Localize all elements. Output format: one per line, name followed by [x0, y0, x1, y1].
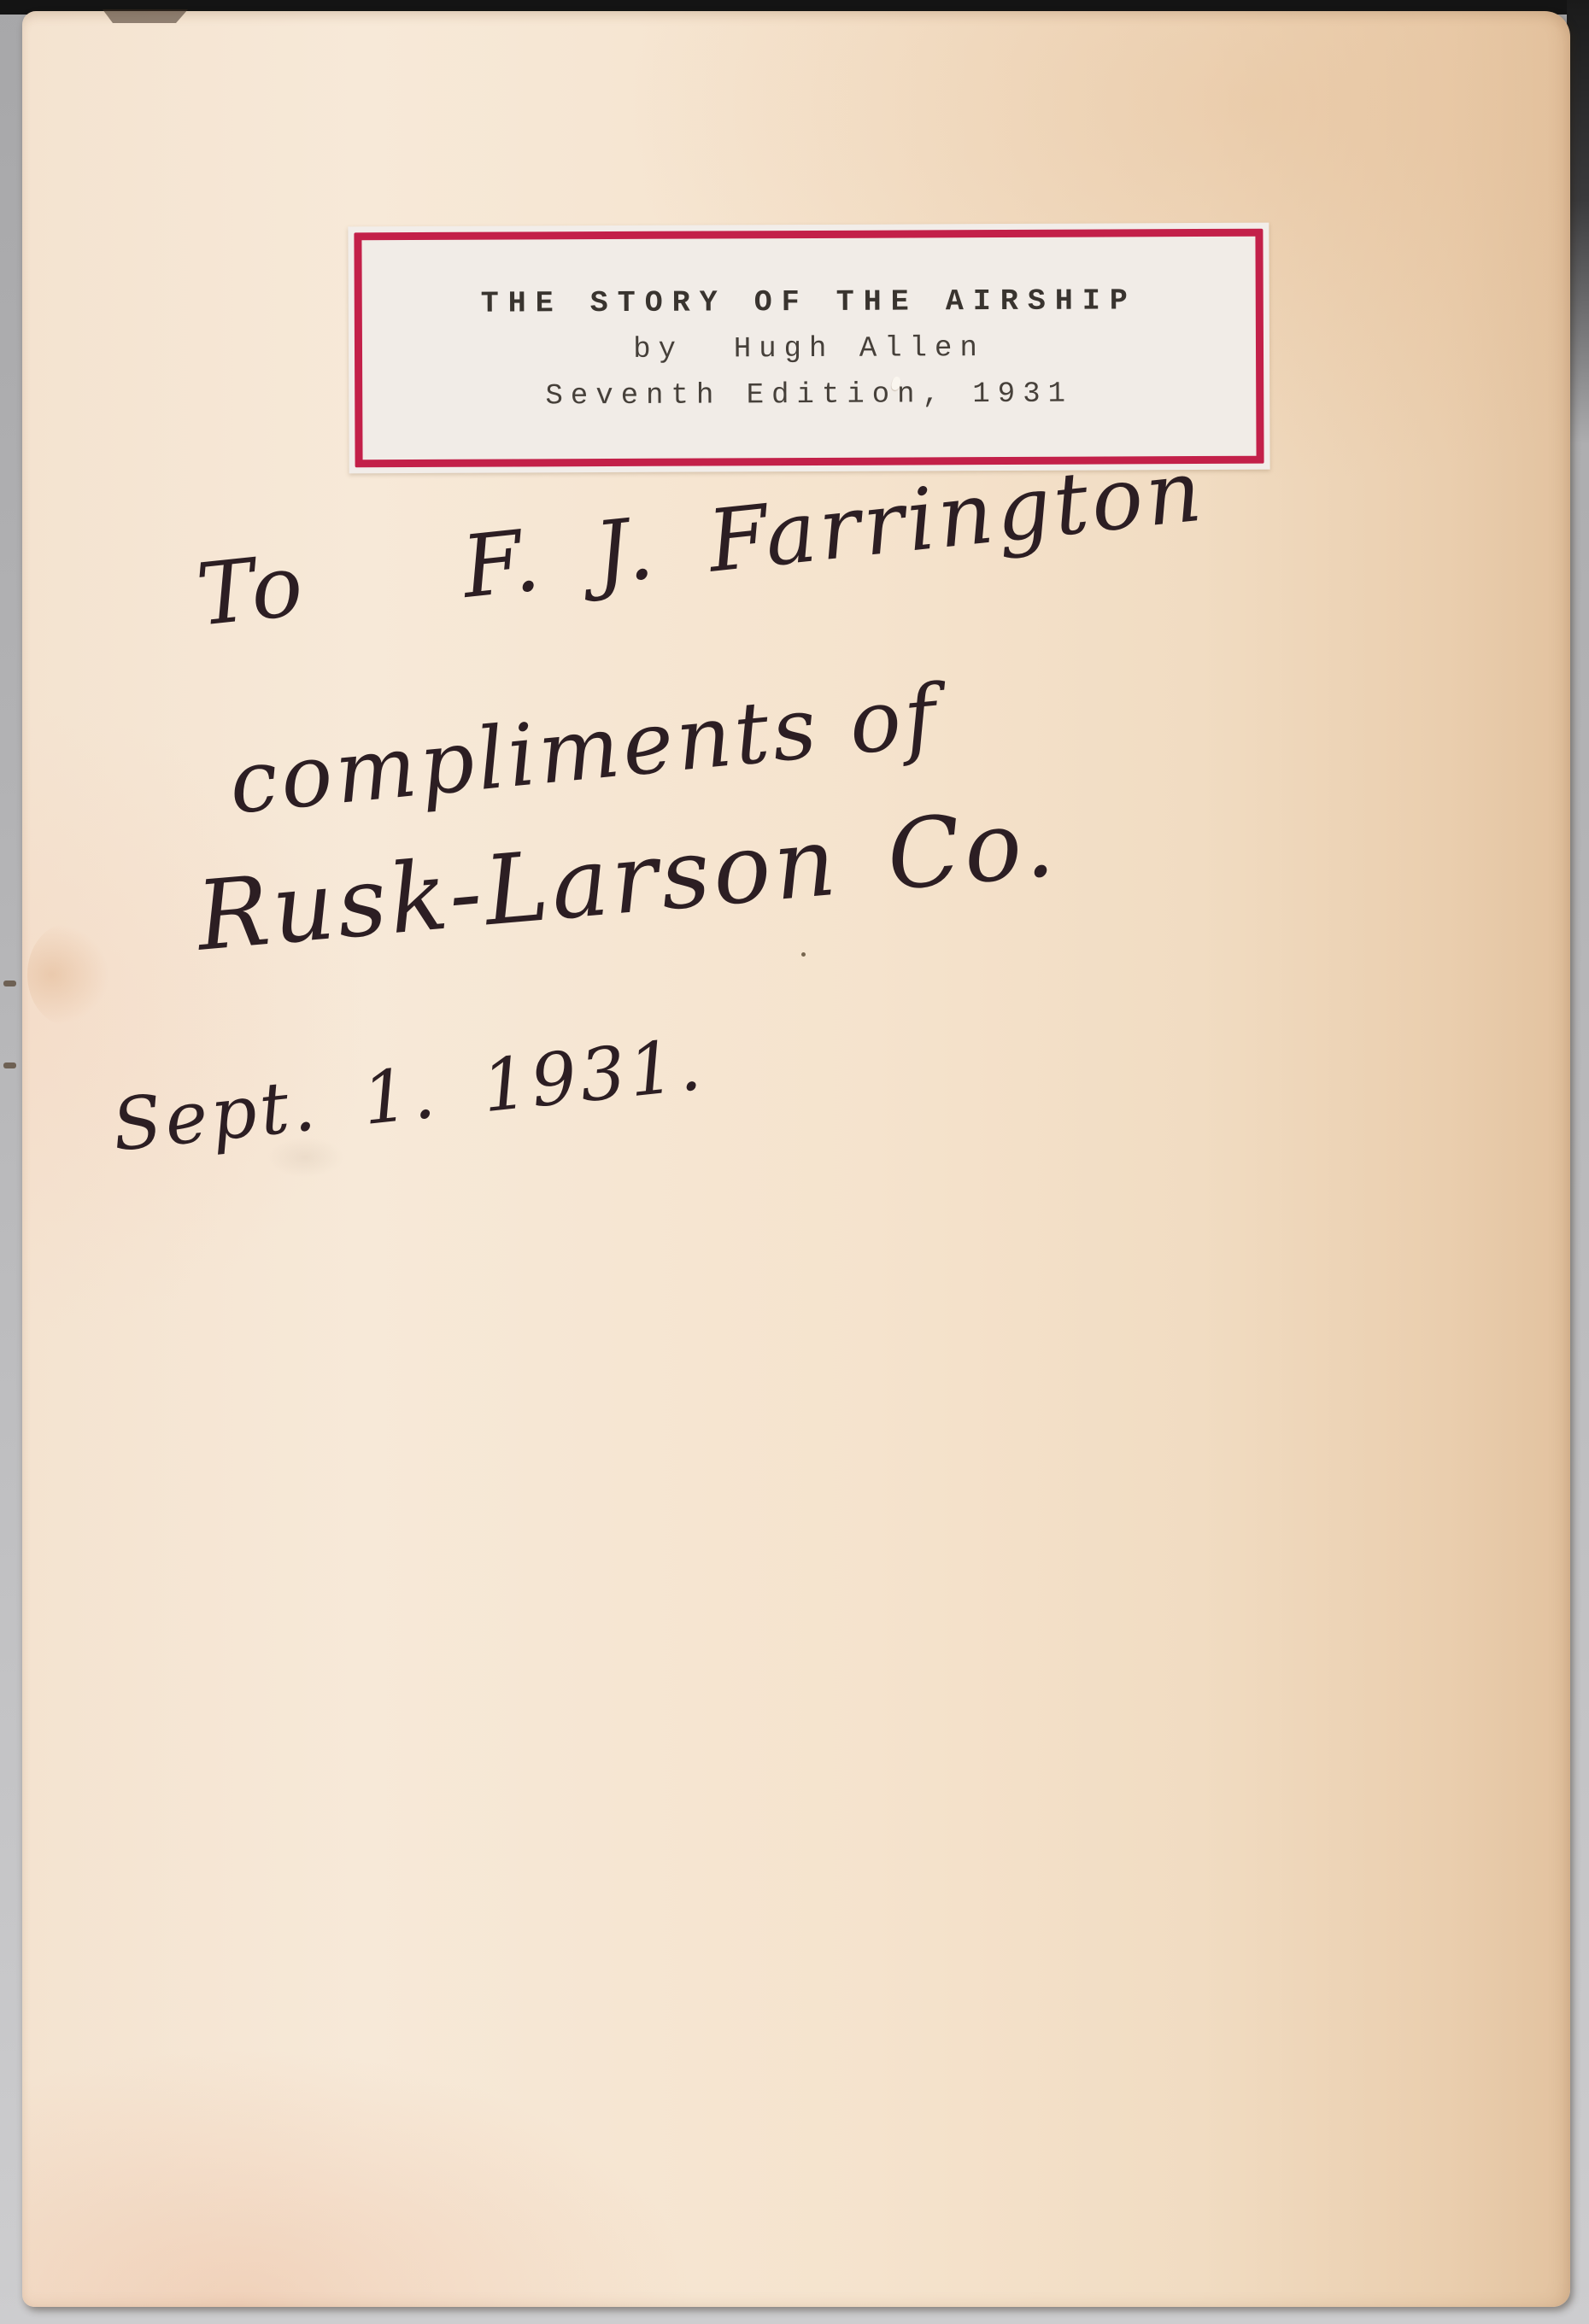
label-byline: by Hugh Allen [633, 332, 985, 366]
label-edition: Seventh Edition, 1931 [545, 378, 1073, 413]
faint-smudge [267, 1137, 343, 1178]
label-red-border: THE STORY OF THE AIRSHIP by Hugh Allen S… [354, 229, 1264, 468]
staple-mark [3, 981, 16, 986]
paper-stain [27, 923, 109, 1026]
ink-speck [801, 952, 806, 957]
label-title: THE STORY OF THE AIRSHIP [481, 284, 1137, 320]
corner-fold-mark [103, 9, 188, 23]
staple-mark [3, 1062, 16, 1068]
book-page: THE STORY OF THE AIRSHIP by Hugh Allen S… [22, 11, 1570, 2307]
inscription-date: Sept. 1. 1931. [108, 1022, 708, 1168]
book-page-scan: THE STORY OF THE AIRSHIP by Hugh Allen S… [0, 0, 1589, 2324]
paste-label: THE STORY OF THE AIRSHIP by Hugh Allen S… [348, 223, 1269, 474]
